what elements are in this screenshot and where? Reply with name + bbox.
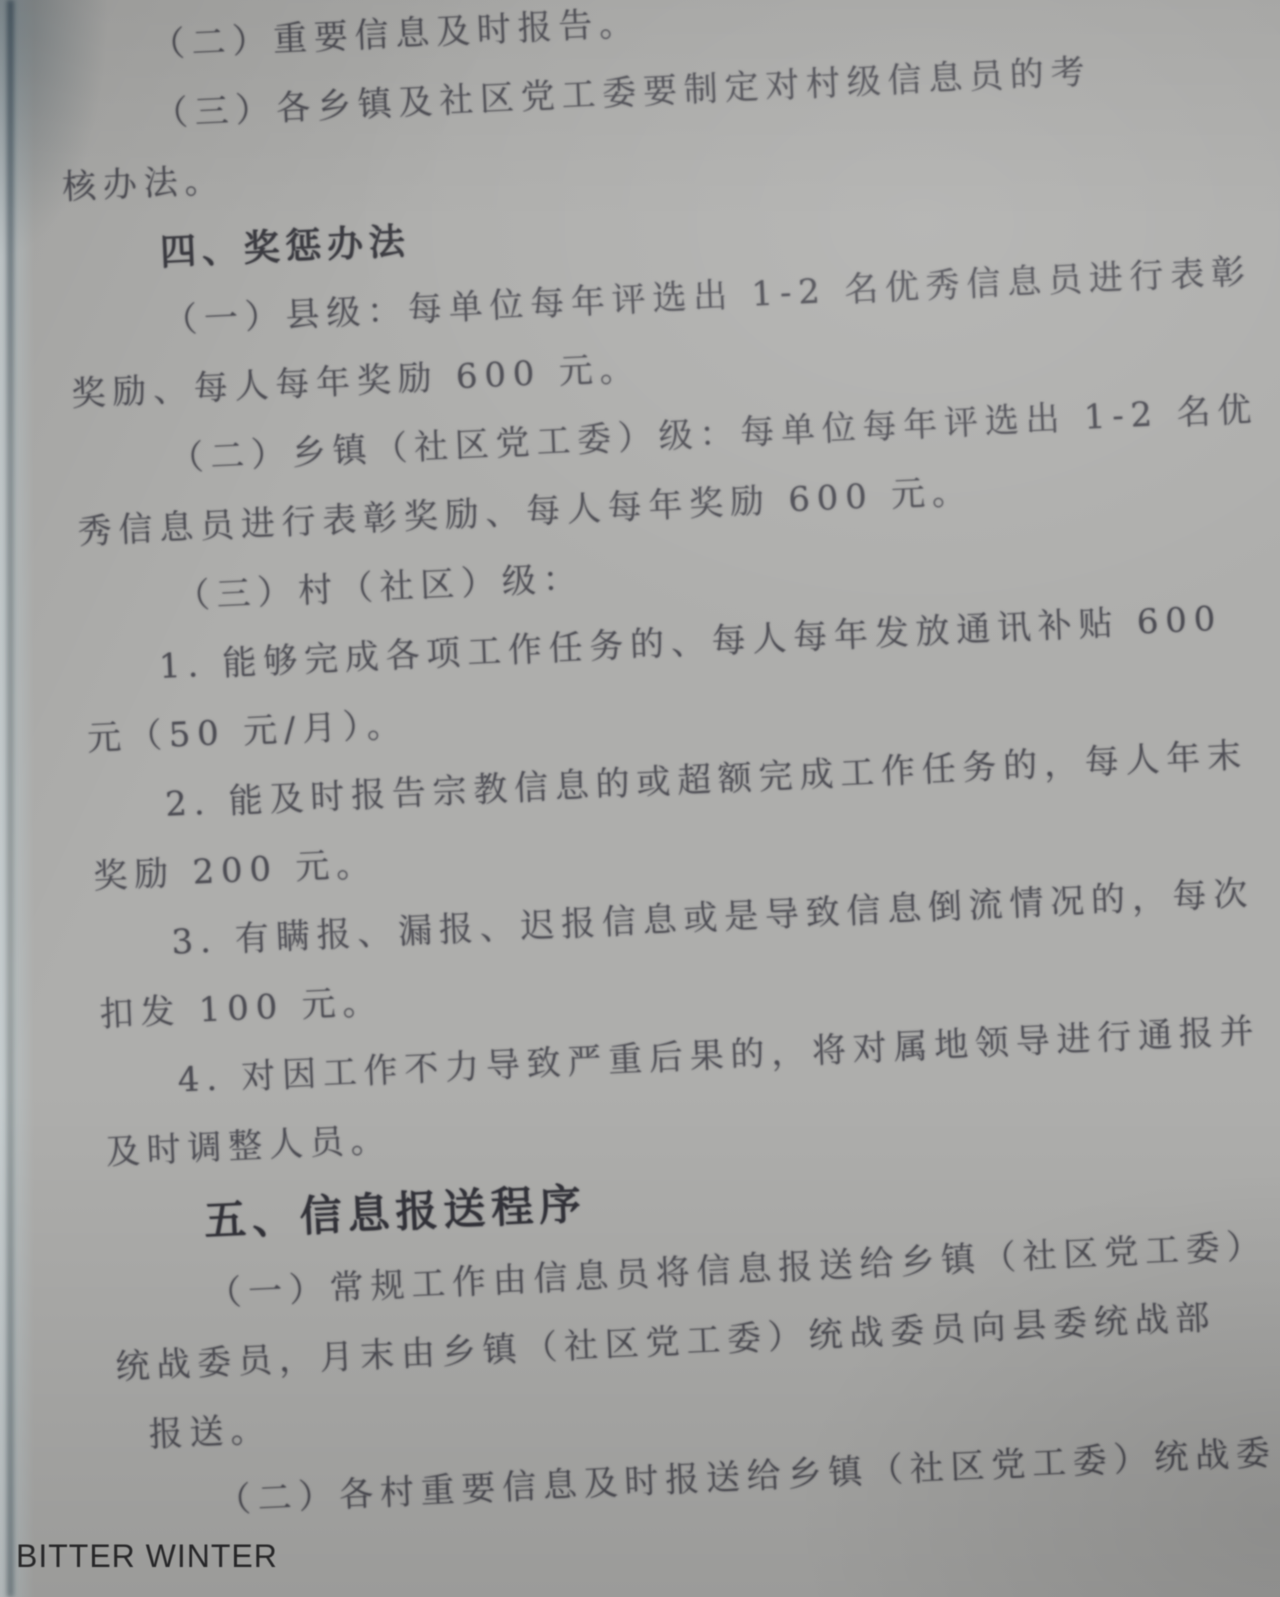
bitter-winter-watermark: BITTER WINTER	[16, 1538, 278, 1575]
document-photo: （二）重要信息及时报告。（三）各乡镇及社区党工委要制定对村级信息员的考核办法。四…	[0, 0, 1280, 1597]
document-body: （二）重要信息及时报告。（三）各乡镇及社区党工委要制定对村级信息员的考核办法。四…	[55, 0, 1280, 1554]
